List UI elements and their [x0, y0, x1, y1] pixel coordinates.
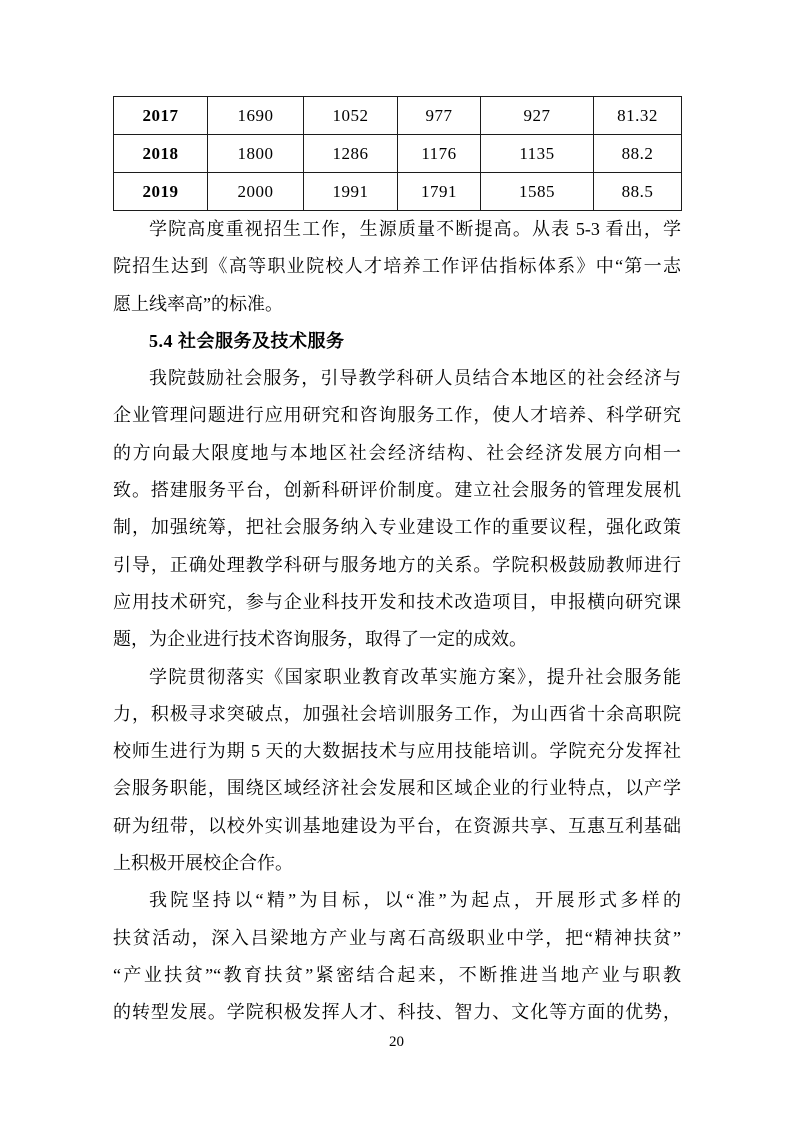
paragraph-line: 学院高度重视招生工作，生源质量不断提高。从表 5-3 看出，学 — [113, 211, 681, 248]
table-row: 20171690105297792781.32 — [114, 97, 682, 135]
paragraph: 学院高度重视招生工作，生源质量不断提高。从表 5-3 看出，学院招生达到《高等职… — [113, 211, 681, 323]
paragraph-line: 企业管理问题进行应用研究和咨询服务工作，使人才培养、科学研究 — [113, 397, 681, 434]
table-cell-value: 1052 — [304, 97, 398, 135]
table-cell-value: 1585 — [481, 173, 594, 211]
table-cell-value: 1286 — [304, 135, 398, 173]
paragraph-line: 研为纽带，以校外实训基地建设为平台，在资源共享、互惠互利基础 — [113, 808, 681, 845]
paragraph-line: 愿上线率高”的标准。 — [113, 286, 681, 323]
paragraph-line: “产业扶贫”“教育扶贫”紧密结合起来，不断推进当地产业与职教 — [113, 957, 681, 994]
enrollment-stats-table: 20171690105297792781.3220181800128611761… — [113, 96, 682, 211]
content: 学院高度重视招生工作，生源质量不断提高。从表 5-3 看出，学院招生达到《高等职… — [113, 211, 681, 1032]
section-heading: 5.4 社会服务及技术服务 — [113, 323, 681, 360]
paragraph-line: 上积极开展校企合作。 — [113, 845, 681, 882]
paragraph-line: 我院坚持以“精”为目标，以“准”为起点，开展形式多样的 — [113, 882, 681, 919]
table-row: 2018180012861176113588.2 — [114, 135, 682, 173]
table-cell-value: 1690 — [208, 97, 304, 135]
paragraph-line: 学院贯彻落实《国家职业教育改革实施方案》，提升社会服务能 — [113, 659, 681, 696]
document-page: 20171690105297792781.3220181800128611761… — [0, 0, 793, 1122]
paragraph-line: 院招生达到《高等职业院校人才培养工作评估指标体系》中“第一志 — [113, 248, 681, 285]
paragraph-line: 题，为企业进行技术咨询服务，取得了一定的成效。 — [113, 621, 681, 658]
enrollment-stats-table-body: 20171690105297792781.3220181800128611761… — [114, 97, 682, 211]
table-cell-value: 1176 — [398, 135, 481, 173]
table-cell-value: 1791 — [398, 173, 481, 211]
paragraph-line: 制，加强统筹，把社会服务纳入专业建设工作的重要议程，强化政策 — [113, 509, 681, 546]
table-cell-year: 2017 — [114, 97, 208, 135]
table-cell-value: 927 — [481, 97, 594, 135]
table-row: 2019200019911791158588.5 — [114, 173, 682, 211]
paragraph-line: 校师生进行为期 5 天的大数据技术与应用技能培训。学院充分发挥社 — [113, 733, 681, 770]
page-number: 20 — [0, 1034, 793, 1051]
paragraph: 我院鼓励社会服务，引导教学科研人员结合本地区的社会经济与企业管理问题进行应用研究… — [113, 360, 681, 658]
table-cell-year: 2018 — [114, 135, 208, 173]
table-cell-value: 977 — [398, 97, 481, 135]
table-cell-value: 1800 — [208, 135, 304, 173]
paragraph-line: 会服务职能，围绕区域经济社会发展和区域企业的行业特点，以产学 — [113, 770, 681, 807]
table-cell-year: 2019 — [114, 173, 208, 211]
table-cell-value: 1991 — [304, 173, 398, 211]
paragraph-line: 我院鼓励社会服务，引导教学科研人员结合本地区的社会经济与 — [113, 360, 681, 397]
paragraph-line: 引导，正确处理教学科研与服务地方的关系。学院积极鼓励教师进行 — [113, 547, 681, 584]
paragraph-line: 致。搭建服务平台，创新科研评价制度。建立社会服务的管理发展机 — [113, 472, 681, 509]
table-cell-value: 1135 — [481, 135, 594, 173]
paragraph-line: 应用技术研究，参与企业科技开发和技术改造项目，申报横向研究课 — [113, 584, 681, 621]
paragraph: 学院贯彻落实《国家职业教育改革实施方案》，提升社会服务能力，积极寻求突破点，加强… — [113, 659, 681, 883]
paragraph-line: 力，积极寻求突破点，加强社会培训服务工作，为山西省十余高职院 — [113, 696, 681, 733]
paragraph-line: 的方向最大限度地与本地区社会经济结构、社会经济发展方向相一 — [113, 435, 681, 472]
paragraph: 我院坚持以“精”为目标，以“准”为起点，开展形式多样的扶贫活动，深入吕梁地方产业… — [113, 882, 681, 1031]
section-heading-text: 5.4 社会服务及技术服务 — [113, 323, 681, 360]
table-cell-value: 2000 — [208, 173, 304, 211]
paragraph-line: 的转型发展。学院积极发挥人才、科技、智力、文化等方面的优势， — [113, 994, 681, 1031]
paragraph-line: 扶贫活动，深入吕梁地方产业与离石高级职业中学，把“精神扶贫” — [113, 920, 681, 957]
table-cell-value: 88.2 — [594, 135, 682, 173]
table-cell-value: 88.5 — [594, 173, 682, 211]
table-cell-value: 81.32 — [594, 97, 682, 135]
